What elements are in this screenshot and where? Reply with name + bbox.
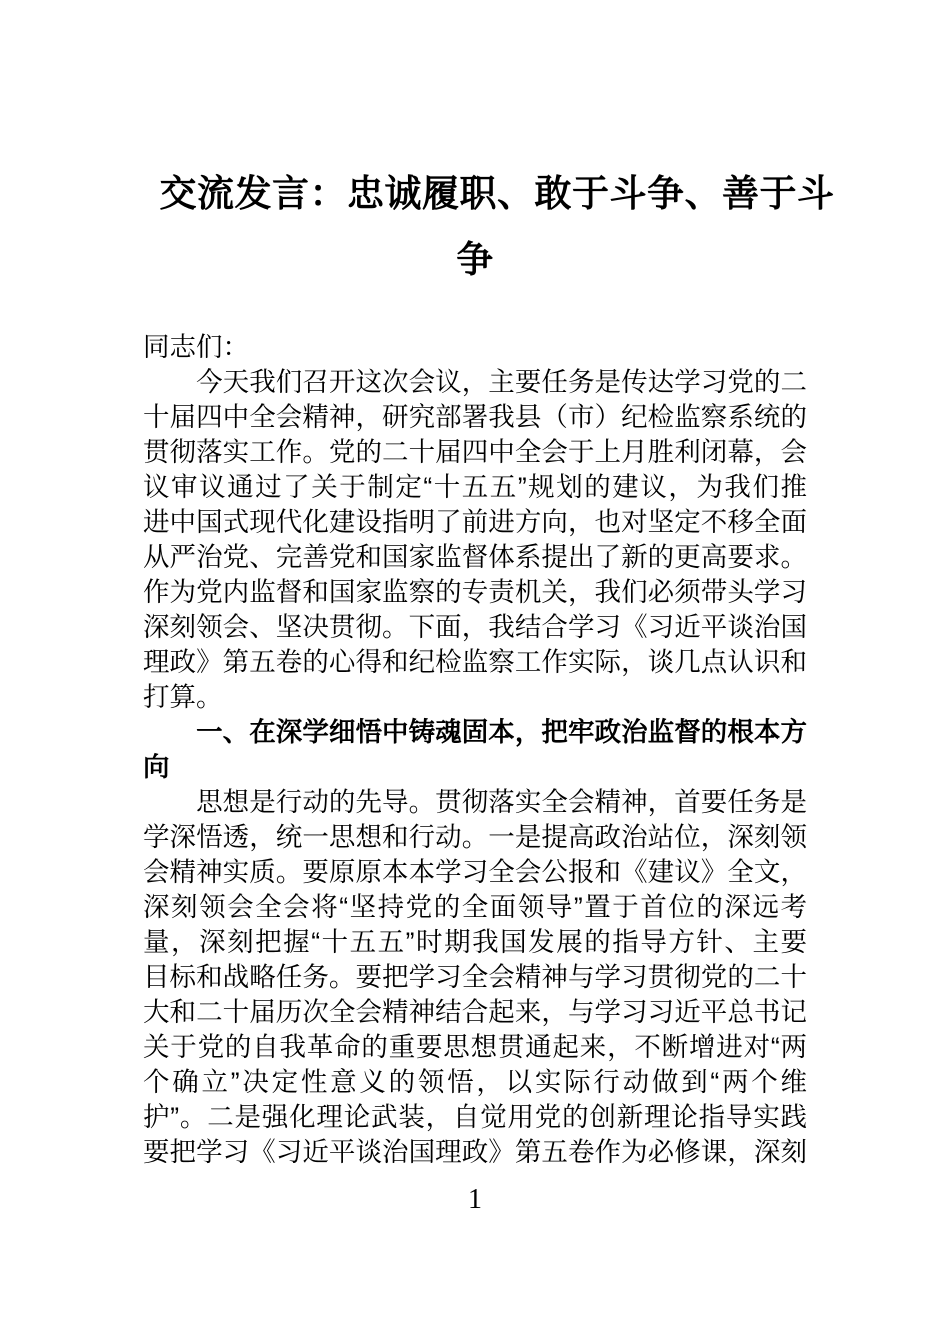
body-text-line: 护”。二是强化理论武装，自觉用党的创新理论指导实践 xyxy=(143,1100,807,1135)
body-text-line: 深刻领会、坚决贯彻。下面，我结合学习《习近平谈治国 xyxy=(143,610,807,645)
body-text-line: 会精神实质。要原原本本学习全会公报和《建议》全文， xyxy=(143,855,807,890)
body-text-line: 理政》第五卷的心得和纪检监察工作实际，谈几点认识和 xyxy=(143,645,807,680)
section-heading-line: 一、在深学细悟中铸魂固本，把牢政治监督的根本方 xyxy=(143,715,807,750)
document-title: 交流发言：忠诚履职、敢于斗争、善于斗 争 xyxy=(0,161,950,293)
body-text-line: 议审议通过了关于制定“十五五”规划的建议，为我们推 xyxy=(143,470,807,505)
body-text-line: 今天我们召开这次会议，主要任务是传达学习党的二 xyxy=(143,365,807,400)
body-text-line: 关于党的自我革命的重要思想贯通起来，不断增进对“两 xyxy=(143,1030,807,1065)
body-text-line: 从严治党、完善党和国家监督体系提出了新的更高要求。 xyxy=(143,540,807,575)
body-text-line: 进中国式现代化建设指明了前进方向，也对坚定不移全面 xyxy=(143,505,807,540)
document-title-line-1: 交流发言：忠诚履职、敢于斗争、善于斗 xyxy=(22,161,950,227)
page-number: 1 xyxy=(0,1186,950,1214)
body-text-line: 个确立”决定性意义的领悟，以实际行动做到“两个维 xyxy=(143,1065,807,1100)
document-title-line-2: 争 xyxy=(0,227,950,293)
body-text-line: 打算。 xyxy=(143,680,807,715)
body-text-line: 贯彻落实工作。党的二十届四中全会于上月胜利闭幕，会 xyxy=(143,435,807,470)
document-body: 同志们： 今天我们召开这次会议，主要任务是传达学习党的二十届四中全会精神，研究部… xyxy=(143,330,807,1170)
body-text-line: 十届四中全会精神，研究部署我县（市）纪检监察系统的 xyxy=(143,400,807,435)
body-text-line: 同志们： xyxy=(143,330,807,365)
document-page: 交流发言：忠诚履职、敢于斗争、善于斗 争 同志们： 今天我们召开这次会议，主要任… xyxy=(0,0,950,1344)
body-text-line: 作为党内监督和国家监察的专责机关，我们必须带头学习 xyxy=(143,575,807,610)
body-text-line: 思想是行动的先导。贯彻落实全会精神，首要任务是 xyxy=(143,785,807,820)
body-text-line: 大和二十届历次全会精神结合起来，与学习习近平总书记 xyxy=(143,995,807,1030)
body-text-line: 深刻领会全会将“坚持党的全面领导”置于首位的深远考 xyxy=(143,890,807,925)
body-text-line: 要把学习《习近平谈治国理政》第五卷作为必修课，深刻 xyxy=(143,1135,807,1170)
section-heading-line: 向 xyxy=(143,750,807,785)
body-text-line: 学深悟透，统一思想和行动。一是提高政治站位，深刻领 xyxy=(143,820,807,855)
body-text-line: 量，深刻把握“十五五”时期我国发展的指导方针、主要 xyxy=(143,925,807,960)
body-text-line: 目标和战略任务。要把学习全会精神与学习贯彻党的二十 xyxy=(143,960,807,995)
